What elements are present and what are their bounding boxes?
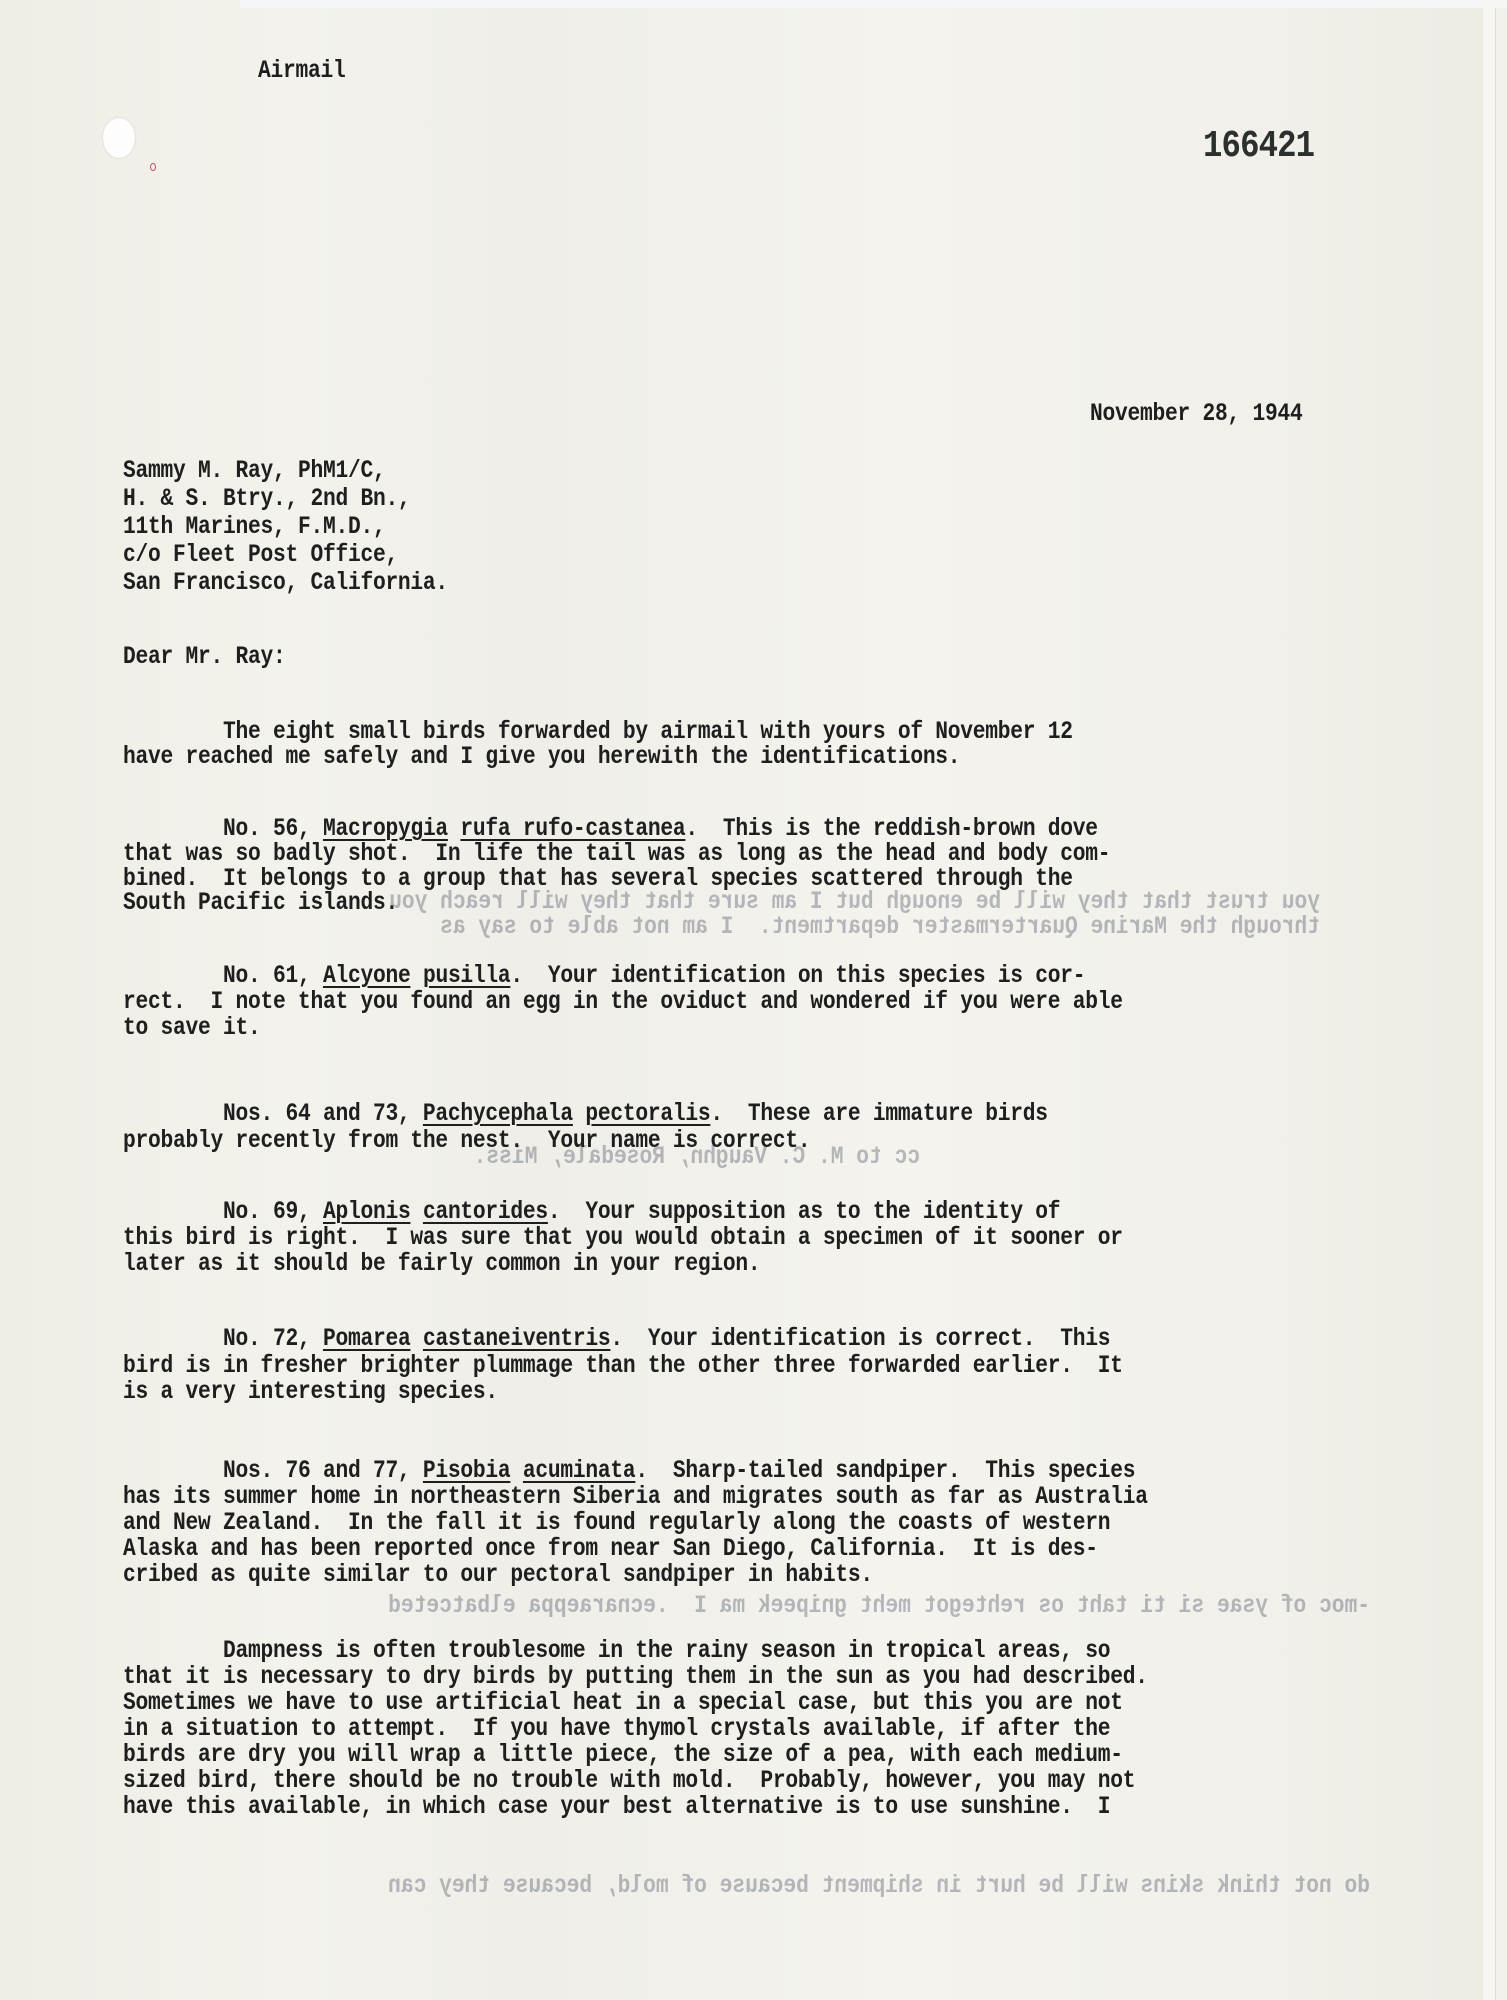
scan-background-strip xyxy=(240,0,1507,8)
address-line: Sammy M. Ray, PhM1/C, xyxy=(123,457,385,484)
entry-text: . Sharp-tailed sandpiper. This species xyxy=(635,1456,1135,1485)
paragraph-line: probably recently from the nest. Your na… xyxy=(123,1127,810,1154)
paper-edge xyxy=(1483,0,1495,2000)
genus-name: Pisobia xyxy=(423,1456,510,1485)
entry-heading-line: No. 61, Alcyone pusilla. Your identifica… xyxy=(123,962,1085,989)
document-number: 166421 xyxy=(1203,127,1314,167)
bleedthrough-text: -moc of ysae si ti taht os rehtegot meht… xyxy=(388,1592,1370,1619)
paragraph-line: that it is necessary to dry birds by put… xyxy=(123,1663,1148,1690)
paragraph-line: birds are dry you will wrap a little pie… xyxy=(123,1741,1123,1768)
entry-heading-line: No. 69, Aplonis cantorides. Your supposi… xyxy=(123,1198,1060,1225)
paragraph-line: later as it should be fairly common in y… xyxy=(123,1250,760,1277)
paragraph-line: bird is in fresher brighter plummage tha… xyxy=(123,1352,1123,1379)
entry-number: No. 69, xyxy=(123,1197,323,1226)
paragraph-line: Dampness is often troublesome in the rai… xyxy=(123,1637,1110,1664)
entry-heading-line: Nos. 64 and 73, Pachycephala pectoralis.… xyxy=(123,1100,1048,1127)
paragraph-line: sized bird, there should be no trouble w… xyxy=(123,1767,1135,1794)
address-line: San Francisco, California. xyxy=(123,569,448,596)
bleedthrough-text: through the Marine Quartermaster departm… xyxy=(440,913,1320,940)
paragraph-line: The eight small birds forwarded by airma… xyxy=(123,718,1073,745)
species-name: pusilla xyxy=(423,961,510,990)
entry-number: No. 61, xyxy=(123,961,323,990)
paragraph-line: South Pacific islands. xyxy=(123,889,398,916)
paragraph-line: have reached me safely and I give you he… xyxy=(123,743,960,770)
paragraph-line: has its summer home in northeastern Sibe… xyxy=(123,1483,1148,1510)
salutation: Dear Mr. Ray: xyxy=(123,643,285,670)
letter-page: you trust that they will be enough but I… xyxy=(0,0,1496,2000)
address-line: c/o Fleet Post Office, xyxy=(123,541,398,568)
entry-text: . Your identification is correct. This xyxy=(610,1324,1110,1353)
species-name: castaneiventris xyxy=(423,1324,610,1353)
letter-date: November 28, 1944 xyxy=(1090,400,1302,427)
bleedthrough-text: do not think skins will be hurt in shipm… xyxy=(388,1872,1370,1899)
red-mark xyxy=(150,163,156,171)
paragraph-line: Sometimes we have to use artificial heat… xyxy=(123,1689,1123,1716)
punch-hole xyxy=(103,118,135,158)
entry-heading-line: Nos. 76 and 77, Pisobia acuminata. Sharp… xyxy=(123,1457,1135,1484)
paragraph-line: and New Zealand. In the fall it is found… xyxy=(123,1509,1110,1536)
entry-text: . These are immature birds xyxy=(710,1099,1047,1128)
species-name: cantorides xyxy=(423,1197,548,1226)
paragraph-line: in a situation to attempt. If you have t… xyxy=(123,1715,1110,1742)
entry-text: . Your identification on this species is… xyxy=(510,961,1085,990)
mail-type-label: Airmail xyxy=(258,57,345,84)
species-name: pectoralis xyxy=(585,1099,710,1128)
genus-name: Aplonis xyxy=(323,1197,410,1226)
entry-text: . Your supposition as to the identity of xyxy=(548,1197,1060,1226)
paragraph-line: Alaska and has been reported once from n… xyxy=(123,1535,1098,1562)
paragraph-line: is a very interesting species. xyxy=(123,1378,498,1405)
entry-heading-line: No. 72, Pomarea castaneiventris. Your id… xyxy=(123,1325,1110,1352)
entry-heading-line: No. 56, Macropygia rufa rufo-castanea. T… xyxy=(123,815,1098,842)
paragraph-line: cribed as quite similar to our pectoral … xyxy=(123,1561,873,1588)
address-line: H. & S. Btry., 2nd Bn., xyxy=(123,485,410,512)
entry-number: Nos. 64 and 73, xyxy=(123,1099,423,1128)
entry-number: Nos. 76 and 77, xyxy=(123,1456,423,1485)
paragraph-line: to save it. xyxy=(123,1014,260,1041)
paragraph-line: rect. I note that you found an egg in th… xyxy=(123,988,1123,1015)
paragraph-line: that was so badly shot. In life the tail… xyxy=(123,840,1110,867)
genus-name: Pomarea xyxy=(323,1324,410,1353)
entry-number: No. 72, xyxy=(123,1324,323,1353)
species-name: acuminata xyxy=(523,1456,635,1485)
paragraph-line: this bird is right. I was sure that you … xyxy=(123,1224,1123,1251)
genus-name: Alcyone xyxy=(323,961,410,990)
address-line: 11th Marines, F.M.D., xyxy=(123,513,385,540)
genus-name: Pachycephala xyxy=(423,1099,573,1128)
paragraph-line: have this available, in which case your … xyxy=(123,1793,1110,1820)
